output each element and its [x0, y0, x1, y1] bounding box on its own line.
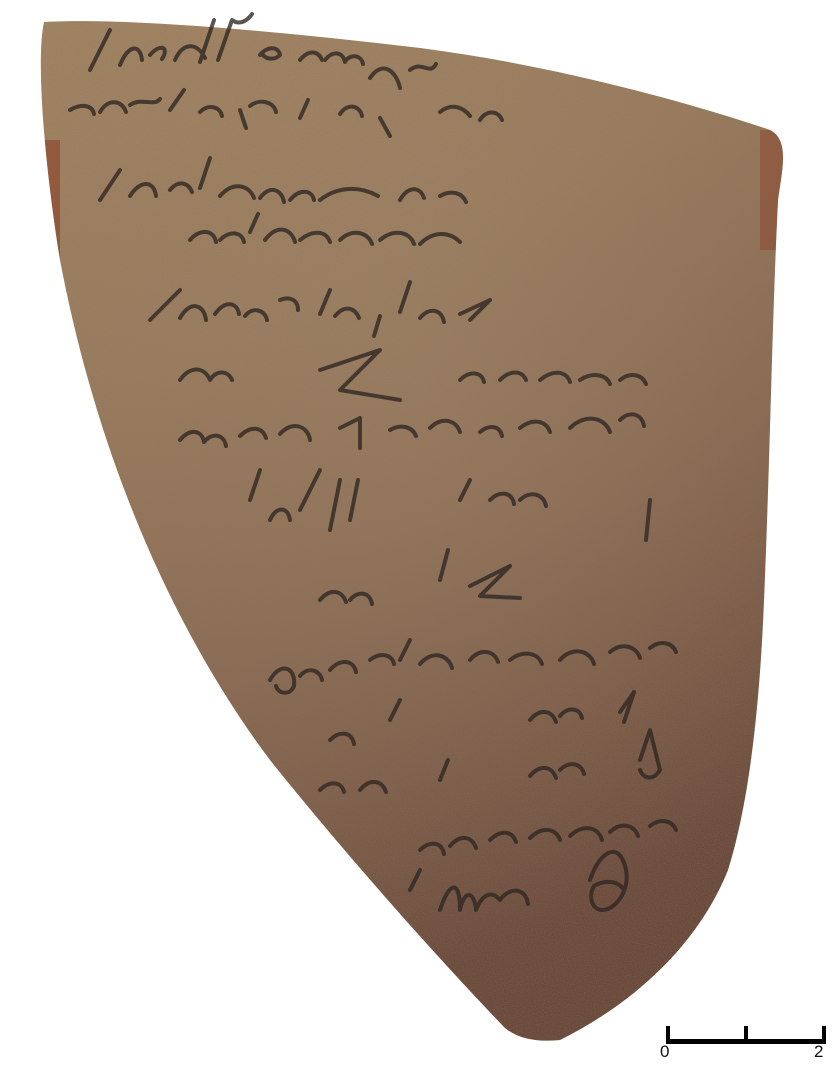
scale-label-start: 0	[660, 1042, 669, 1062]
scale-bar: 0 2	[664, 1024, 832, 1074]
scale-label-end: 2	[814, 1042, 823, 1062]
sherd	[0, 0, 840, 1080]
scale-bar-line	[664, 1024, 832, 1044]
ostracon-photo	[0, 0, 840, 1080]
